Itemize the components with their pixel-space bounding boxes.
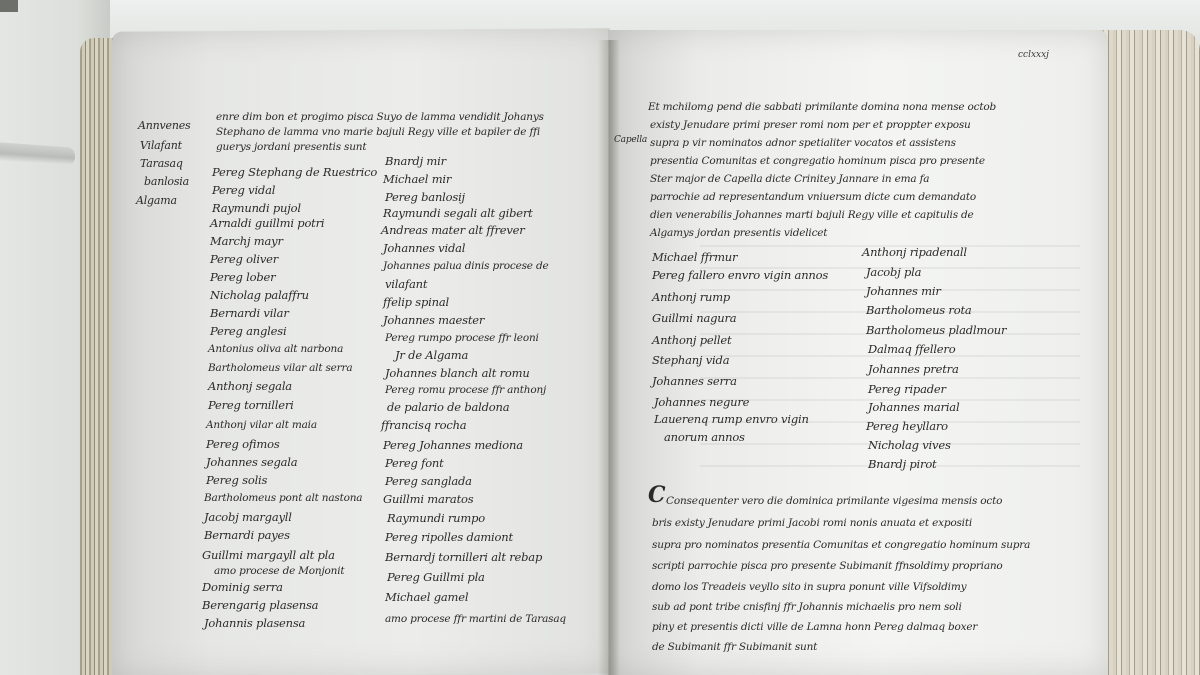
margin-note: Annvenes [138,120,190,131]
name-entry: Bartholomeus rota [866,305,972,317]
name-entry: Pereg solis [206,475,267,487]
name-entry: Pereg Stephang de Ruestrico [212,167,377,179]
name-entry: Johannes blanch alt romu [385,368,530,380]
paragraph-line: dien venerabilis Johannes marti bajuli R… [650,210,974,221]
paragraph-line: parrochie ad representandum vniuersum di… [650,192,976,203]
paragraph-line: scripti parrochie pisca pro presente Sub… [652,561,1003,572]
name-entry: Pereg font [385,458,444,470]
name-entry: Stephanj vida [652,355,729,367]
name-entry: Pereg ofimos [206,439,280,451]
name-entry: Bernardi vilar [210,308,289,320]
name-entry: Anthonj segala [208,381,292,393]
name-entry: Pereg fallero envro vigin annos [652,270,828,282]
name-entry: Anthonj rump [652,292,730,304]
name-entry: Jacobj margayll [204,512,292,524]
name-entry: Anthonj ripadenall [862,247,967,259]
paragraph-line: Algamys jordan presentis videlicet [650,228,827,239]
name-entry: Michael mir [383,174,451,186]
heading-line: guerys jordani presentis sunt [216,142,366,153]
name-entry: Pereg ripolles damiont [385,532,513,544]
name-entry: Johannes mir [866,286,941,298]
paragraph-line: piny et presentis dicti ville de Lamna h… [652,622,977,633]
name-entry: Andreas mater alt ffrever [381,225,525,237]
name-entry: Johannes marial [868,402,959,414]
name-entry: Bartholomeus pladlmour [866,325,1006,337]
name-entry: Guillmi margayll alt pla [202,550,335,562]
name-entry: Pereg Johannes mediona [383,440,523,452]
name-entry: Bernardj tornilleri alt rebap [385,552,542,564]
name-entry: Bnardj pirot [868,459,936,471]
name-entry: Guillmi maratos [383,494,473,506]
margin-note: Algama [136,195,177,206]
name-entry: Nicholag vives [868,440,951,452]
name-entry: ffrancisq rocha [381,420,466,432]
name-entry: Johannes palua dinis procese de [383,261,548,272]
name-entry: Raymundi pujol [212,203,301,215]
name-entry: Berengarig plasensa [202,600,318,612]
name-entry: Johannes negure [654,397,749,409]
name-entry: ffelip spinal [383,297,449,309]
paragraph-line: domo los Treadeis veyllo sito in supra p… [652,582,966,593]
name-entry: Pereg ripader [868,384,946,396]
name-entry: de palario de baldona [387,402,509,414]
paragraph-line: bris existy Jenudare primi Jacobi romi n… [652,518,972,529]
name-entry: Anthonj pellet [652,335,731,347]
margin-note: banlosia [144,176,189,187]
name-entry: Pereg rumpo procese ffr leoni [385,333,539,344]
name-entry: Pereg anglesi [210,326,286,338]
decorated-initial: C [648,484,665,506]
name-entry: Johannes pretra [868,364,959,376]
name-entry: Pereg vidal [212,185,275,197]
name-entry: Bartholomeus pont alt nastona [204,493,362,504]
name-entry: Pereg banlosij [385,192,465,204]
paragraph-line: Et mchilomg pend die sabbati primilante … [648,102,996,113]
name-entry: anorum annos [664,432,745,444]
paragraph-line: supra pro nominatos presentia Comunitas … [652,540,1030,551]
paragraph-line: Consequenter vero die dominica primilant… [666,496,1002,507]
paragraph-line: sub ad pont tribe cnisfinj ffr Johannis … [652,602,962,613]
name-entry: Johannis plasensa [204,618,305,630]
name-entry: Pereg Guillmi pla [387,572,485,584]
name-entry: Johannes vidal [383,243,465,255]
paragraph-line: Ster major de Capella dicte Crinitey Jan… [650,174,929,185]
name-entry: Dalmaq ffellero [868,344,955,356]
name-entry: Pereg romu procese ffr anthonj [385,385,546,396]
name-entry: Johannes serra [652,376,737,388]
paragraph-line: presentia Comunitas et congregatio homin… [650,156,985,167]
name-entry: Arnaldi guillmi potri [210,218,324,230]
background-corner-object [0,0,18,12]
name-entry: Nicholag palaffru [210,290,309,302]
name-entry: Dominig serra [202,582,283,594]
name-entry: Pereg heyllaro [866,421,948,433]
name-entry: Michael ffrmur [652,252,737,264]
name-entry: Bartholomeus vilar alt serra [208,363,352,374]
heading-line: Stephano de lamma vno marie bajuli Regy … [216,127,540,138]
name-entry: Marchj mayr [210,236,283,248]
margin-note: Vilafant [140,140,182,151]
paragraph-line: de Subimanit ffr Subimanit sunt [652,642,817,653]
book-page-stack-right [1100,30,1200,675]
name-entry: Antonius oliva alt narbona [208,344,343,355]
name-entry: Anthonj vilar alt maia [206,420,317,431]
name-entry: amo procese ffr martini de Tarasaq [385,614,566,625]
name-entry: Jacobj pla [866,267,921,279]
name-entry: Pereg oliver [210,254,278,266]
name-entry: vilafant [385,279,427,291]
folio-number: cclxxxj [1018,50,1049,60]
paragraph-line: supra p vir nominatos adnor spetialiter … [650,138,956,149]
name-entry: Michael gamel [385,592,468,604]
name-entry: Pereg tornilleri [208,400,294,412]
name-entry: Pereg lober [210,272,275,284]
margin-note: Tarasaq [140,158,183,169]
name-entry: Johannes segala [206,457,297,469]
name-entry: amo procese de Monjonit [214,566,344,577]
margin-note: Capella [614,136,647,145]
name-entry: Lauerenq rump envro vigin [654,414,809,426]
paragraph-line: existy Jenudare primi preser romi nom pe… [650,120,971,131]
name-entry: Raymundi segali alt gibert [383,208,533,220]
name-entry: Johannes maester [383,315,484,327]
name-entry: Bnardj mir [385,156,446,168]
name-entry: Jr de Algama [395,350,468,362]
name-entry: Guillmi nagura [652,313,736,325]
heading-line: enre dim bon et progimo pisca Suyo de la… [216,112,544,123]
name-entry: Pereg sanglada [385,476,472,488]
name-entry: Bernardi payes [204,530,290,542]
name-entry: Raymundi rumpo [387,513,485,525]
